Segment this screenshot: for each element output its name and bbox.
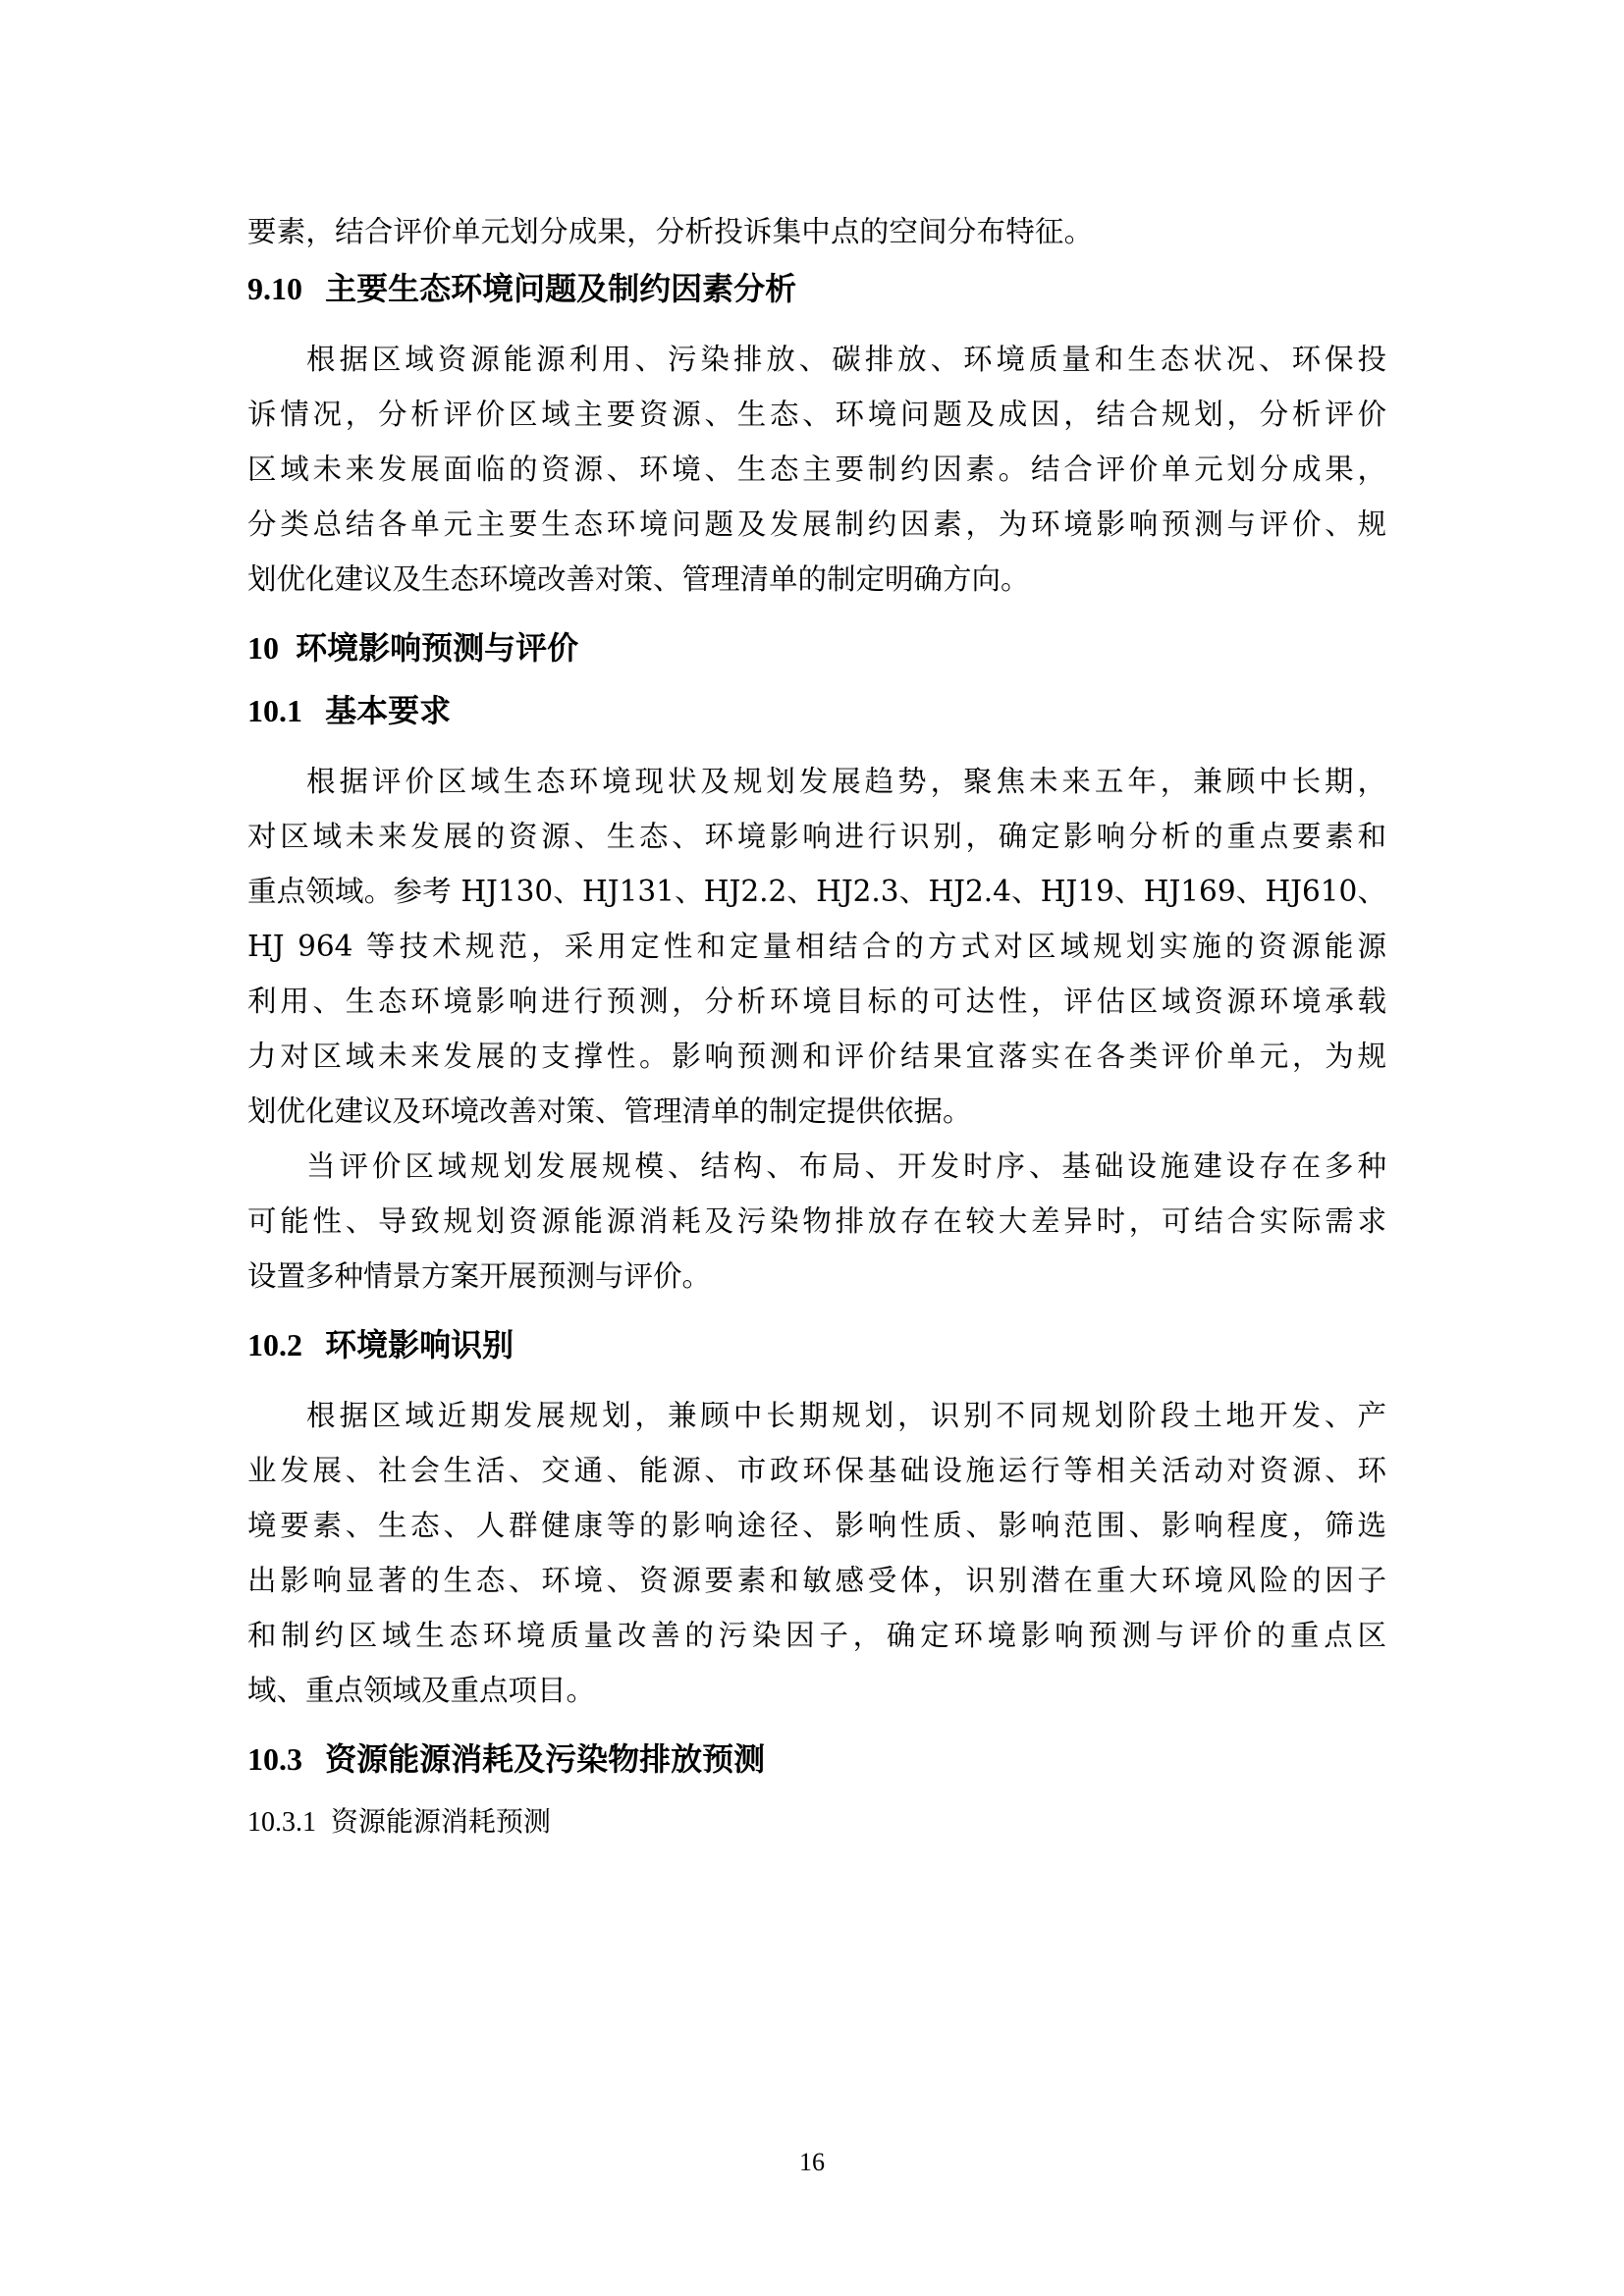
text-line: 区域未来发展面临的资源、环境、生态主要制约因素。结合评价单元划分成果， [247,442,1386,497]
text-line: 划优化建议及生态环境改善对策、管理清单的制定明确方向。 [247,552,1386,607]
paragraph-10-1-b: 当评价区域规划发展规模、结构、布局、开发时序、基础设施建设存在多种 可能性、导致… [247,1139,1386,1304]
page-number: 16 [0,2148,1624,2177]
text-line: 和制约区域生态环境质量改善的污染因子，确定环境影响预测与评价的重点区 [247,1608,1386,1663]
chapter-title: 环境影响预测与评价 [296,629,578,667]
text-line: 根据评价区域生态环境现状及规划发展趋势，聚焦未来五年，兼顾中长期， [247,754,1386,809]
section-heading-10-2: 10.2 环境影响识别 [247,1325,1386,1364]
text-line: 当评价区域规划发展规模、结构、布局、开发时序、基础设施建设存在多种 [247,1139,1386,1194]
text-line: 业发展、社会生活、交通、能源、市政环保基础设施运行等相关活动对资源、环 [247,1443,1386,1498]
subsection-title: 资源能源消耗预测 [331,1805,551,1838]
text-line: 重点领域。参考 HJ130、HJ131、HJ2.2、HJ2.3、HJ2.4、HJ… [247,864,1386,919]
section-number: 10.1 [247,693,302,728]
text-line: 根据区域近期发展规划，兼顾中长期规划，识别不同规划阶段土地开发、产 [247,1388,1386,1443]
section-heading-10-1: 10.1 基本要求 [247,691,1386,730]
paragraph-9-10: 根据区域资源能源利用、污染排放、碳排放、环境质量和生态状况、环保投 诉情况，分析… [247,332,1386,607]
chapter-heading-10: 10 环境影响预测与评价 [247,628,1386,667]
text-line: 设置多种情景方案开展预测与评价。 [247,1249,1386,1304]
text-line: 可能性、导致规划资源能源消耗及污染物排放存在较大差异时，可结合实际需求 [247,1194,1386,1249]
subsection-heading-10-3-1: 10.3.1 资源能源消耗预测 [247,1802,1386,1842]
section-number: 10.2 [247,1327,302,1362]
text-line: 利用、生态环境影响进行预测，分析环境目标的可达性，评估区域资源环境承载 [247,974,1386,1029]
section-number: 10.3 [247,1741,302,1777]
section-heading-10-3: 10.3 资源能源消耗及污染物排放预测 [247,1739,1386,1779]
text-line: 域、重点领域及重点项目。 [247,1663,1386,1718]
chapter-number: 10 [247,630,279,666]
paragraph-10-2: 根据区域近期发展规划，兼顾中长期规划，识别不同规划阶段土地开发、产 业发展、社会… [247,1388,1386,1718]
section-title: 资源能源消耗及污染物排放预测 [325,1740,765,1778]
text-line: 对区域未来发展的资源、生态、环境影响进行识别，确定影响分析的重点要素和 [247,809,1386,864]
paragraph-10-1-a: 根据评价区域生态环境现状及规划发展趋势，聚焦未来五年，兼顾中长期， 对区域未来发… [247,754,1386,1139]
text-line: HJ 964 等技术规范，采用定性和定量相结合的方式对区域规划实施的资源能源 [247,919,1386,974]
section-title: 主要生态环境问题及制约因素分析 [325,270,796,307]
text-line: 根据区域资源能源利用、污染排放、碳排放、环境质量和生态状况、环保投 [247,332,1386,387]
carryover-text: 要素，结合评价单元划分成果，分析投诉集中点的空间分布特征。 [247,204,1386,259]
text-line: 划优化建议及环境改善对策、管理清单的制定提供依据。 [247,1084,1386,1139]
section-title: 环境影响识别 [325,1326,514,1363]
text-line: 出影响显著的生态、环境、资源要素和敏感受体，识别潜在重大环境风险的因子 [247,1553,1386,1608]
section-heading-9-10: 9.10 主要生态环境问题及制约因素分析 [247,269,1386,308]
section-number: 9.10 [247,271,302,306]
subsection-number: 10.3.1 [247,1807,316,1838]
document-page: 要素，结合评价单元划分成果，分析投诉集中点的空间分布特征。 9.10 主要生态环… [247,204,1386,1842]
text-line: 境要素、生态、人群健康等的影响途径、影响性质、影响范围、影响程度，筛选 [247,1498,1386,1553]
section-title: 基本要求 [325,692,451,729]
text-line: 分类总结各单元主要生态环境问题及发展制约因素，为环境影响预测与评价、规 [247,497,1386,552]
text-line: 诉情况，分析评价区域主要资源、生态、环境问题及成因，结合规划，分析评价 [247,387,1386,442]
text-line: 力对区域未来发展的支撑性。影响预测和评价结果宜落实在各类评价单元，为规 [247,1029,1386,1084]
